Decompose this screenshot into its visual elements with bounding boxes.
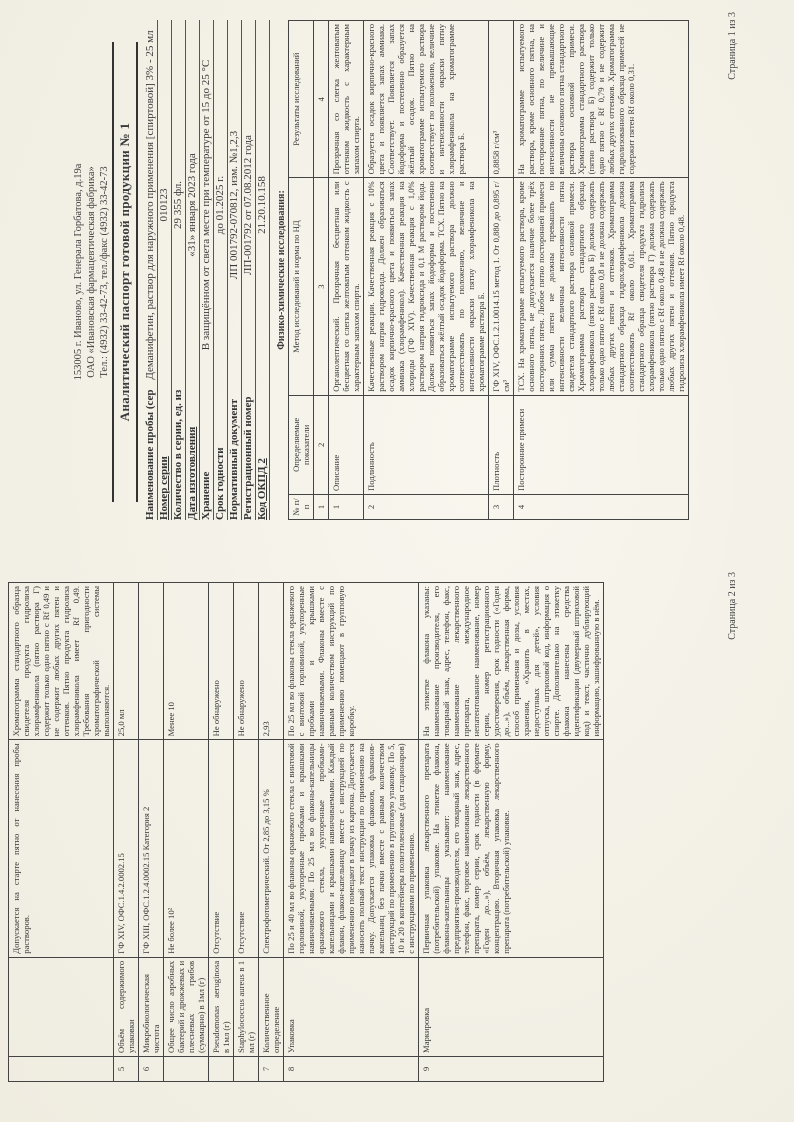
field-row: Регистрационный номерЛП-001792 от 07.08.… bbox=[242, 20, 256, 520]
field-value: ЛП 001792-070812, изм. №1,2,3 bbox=[228, 20, 241, 390]
table-header-row: № п/п Определяемые показатели Метод иссл… bbox=[289, 21, 314, 520]
field-label: Срок годности bbox=[214, 390, 227, 520]
row-result: На этикетке флакона указаны: наименовани… bbox=[419, 583, 604, 740]
row-method: Органолептический. Прозрачная бесцветная… bbox=[329, 178, 364, 395]
row-method: Отсутствие bbox=[234, 740, 259, 957]
row-number: 1 bbox=[329, 494, 364, 519]
row-number: 5 bbox=[114, 1056, 139, 1081]
field-value: 29 355 фл. bbox=[172, 20, 185, 390]
field-row: Наименование пробы (серии)Деманифетин, р… bbox=[144, 20, 158, 520]
column-header: Результаты исследований bbox=[289, 21, 314, 178]
row-indicator: Объём содержимого упаковки bbox=[114, 957, 139, 1056]
row-indicator: Плотность bbox=[489, 395, 514, 494]
row-number: 7 bbox=[259, 1056, 284, 1081]
table-row: 9 Маркировка Первичная упаковка лекарств… bbox=[419, 583, 604, 1082]
row-result: По 25 мл во флаконы стекла оранжевого с … bbox=[284, 583, 419, 740]
field-row: Количество в серии, ед. изм.29 355 фл. bbox=[172, 20, 186, 520]
row-method: Не более 10² bbox=[164, 740, 209, 957]
row-number bbox=[9, 1056, 114, 1081]
field-value: ЛП-001792 от 07.08.2012 года bbox=[242, 20, 255, 390]
row-result: Менее 10 bbox=[164, 583, 209, 740]
column-header: Определяемые показатели bbox=[289, 395, 314, 494]
row-number bbox=[164, 1056, 209, 1081]
page-1: 153005 г. Иваново, ул. Генерала Горбатов… bbox=[0, 2, 794, 542]
row-indicator: Общее число аэробных бактерий и дрожжевы… bbox=[164, 957, 209, 1056]
rotated-spread: 153005 г. Иваново, ул. Генерала Горбатов… bbox=[0, 0, 794, 1122]
table-row: 5 Объём содержимого упаковки ГФ XIV, ОФС… bbox=[114, 583, 139, 1082]
table-row: 1 Описание Органолептический. Прозрачная… bbox=[329, 21, 364, 520]
table-index-row: 1 2 3 4 bbox=[314, 21, 329, 520]
row-indicator: Упаковка bbox=[284, 957, 419, 1056]
field-row: Нормативный документЛП 001792-070812, из… bbox=[228, 20, 242, 520]
table-row: 7 Количественное определение Спектрофото… bbox=[259, 583, 284, 1082]
row-result: 2,93 bbox=[259, 583, 284, 740]
company-name: ОАО «Ивановская фармацевтическая фабрика… bbox=[85, 2, 98, 542]
table-row: 8 Упаковка По 25 и 40 мл во флаконы оран… bbox=[284, 583, 419, 1082]
table-row: Допускается на старте пятно от нанесения… bbox=[9, 583, 114, 1082]
row-result: Прозрачная со слегка желтоватым оттенком… bbox=[329, 21, 364, 178]
row-number: 9 bbox=[419, 1056, 604, 1081]
table-row: Staphylococcus aureus в 1 мл (г) Отсутст… bbox=[234, 583, 259, 1082]
company-address: 153005 г. Иваново, ул. Генерала Горбатов… bbox=[72, 2, 111, 542]
row-method: По 25 и 40 мл во флаконы оранжевого стек… bbox=[284, 740, 419, 957]
row-result: 25,0 мл bbox=[114, 583, 139, 740]
row-number bbox=[234, 1056, 259, 1081]
row-method: ГФ XIII, ОФС.1.2.4.0002.15 Категория 2 bbox=[139, 740, 164, 957]
column-header: № п/п bbox=[289, 494, 314, 519]
field-row: Срок годностидо 01.2025 г. bbox=[214, 20, 228, 520]
page-number: Страница 2 из 3 bbox=[727, 572, 738, 640]
field-label: Регистрационный номер bbox=[242, 390, 255, 520]
results-table-continued: Допускается на старте пятно от нанесения… bbox=[8, 582, 604, 1082]
scanned-document: 153005 г. Иваново, ул. Генерала Горбатов… bbox=[0, 0, 794, 1122]
field-label: Хранение bbox=[200, 390, 213, 520]
field-value: 21.20.10.158 bbox=[256, 20, 269, 390]
address-line: 153005 г. Иваново, ул. Генерала Горбатов… bbox=[72, 2, 85, 542]
row-indicator: Маркировка bbox=[419, 957, 604, 1056]
row-method: ГФ XIV, ОФС.1.2.1.0014.15 метод 1. От 0,… bbox=[489, 178, 514, 395]
field-label: Количество в серии, ед. изм. bbox=[172, 390, 185, 520]
row-method: Спектрофотометрический. От 2,85 до 3,15 … bbox=[259, 740, 284, 957]
row-method: ГФ XIV, ОФС.1.4.2.0002.15 bbox=[114, 740, 139, 957]
field-row: Код ОКПД 221.20.10.158 bbox=[256, 20, 270, 520]
field-label: Номер серии bbox=[158, 390, 171, 520]
row-indicator: Pseudomonas aeruginosa в 1мл (г) bbox=[209, 957, 234, 1056]
section-title: Физико-химические исследования: bbox=[276, 20, 287, 520]
row-indicator: Посторонние примеси bbox=[514, 395, 689, 494]
row-indicator: Staphylococcus aureus в 1 мл (г) bbox=[234, 957, 259, 1056]
row-number: 4 bbox=[514, 494, 689, 519]
row-result: На хроматограмме испытуемого раствора, к… bbox=[514, 21, 689, 178]
row-number: 6 bbox=[139, 1056, 164, 1081]
row-method: Допускается на старте пятно от нанесения… bbox=[9, 740, 114, 957]
field-value: В защищённом от света месте при температ… bbox=[200, 20, 213, 390]
row-result bbox=[139, 583, 164, 740]
field-value: 010123 bbox=[158, 20, 171, 390]
field-label: Наименование пробы (серии) bbox=[144, 390, 157, 520]
column-index: 2 bbox=[314, 395, 329, 494]
column-header: Метод исследований и норма по НД bbox=[289, 178, 314, 395]
row-indicator: Подлинность bbox=[364, 395, 489, 494]
row-method: Первичная упаковка лекарственного препар… bbox=[419, 740, 604, 957]
document-title: Аналитический паспорт готовой продукции … bbox=[112, 42, 138, 502]
row-result: Хроматограмма стандартного образца свиде… bbox=[9, 583, 114, 740]
field-row: Номер серии010123 bbox=[158, 20, 172, 520]
field-row: ХранениеВ защищённом от света месте при … bbox=[200, 20, 214, 520]
field-value: до 01.2025 г. bbox=[214, 20, 227, 390]
table-row: Pseudomonas aeruginosa в 1мл (г) Отсутст… bbox=[209, 583, 234, 1082]
column-index: 1 bbox=[314, 494, 329, 519]
row-result: Не обнаружено bbox=[209, 583, 234, 740]
column-index: 4 bbox=[314, 21, 329, 178]
table-row: 2 Подлинность Качественные реакции. Каче… bbox=[364, 21, 489, 520]
row-number: 2 bbox=[364, 494, 489, 519]
passport-fields: Наименование пробы (серии)Деманифетин, р… bbox=[144, 20, 270, 520]
field-value: «31» января 2023 года bbox=[186, 20, 199, 390]
row-method: ТСХ. На хроматограмме испытуемого раство… bbox=[514, 178, 689, 395]
field-label: Дата изготовления bbox=[186, 390, 199, 520]
results-table: № п/п Определяемые показатели Метод иссл… bbox=[288, 20, 689, 520]
row-indicator: Количественное определение bbox=[259, 957, 284, 1056]
row-indicator: Микробиологическая чистота bbox=[139, 957, 164, 1056]
field-label: Код ОКПД 2 bbox=[256, 390, 269, 520]
page-2: Допускается на старте пятно от нанесения… bbox=[0, 562, 794, 1102]
page-number: Страница 1 из 3 bbox=[727, 12, 738, 80]
field-value: Деманифетин, раствор для наружного приме… bbox=[144, 20, 157, 390]
row-number: 3 bbox=[489, 494, 514, 519]
row-indicator bbox=[9, 957, 114, 1056]
row-indicator: Описание bbox=[329, 395, 364, 494]
phone-line: Тел.: (4932) 33-42-73, тел./факс (4932) … bbox=[98, 2, 111, 542]
row-method: Отсутствие bbox=[209, 740, 234, 957]
table-row: 3 Плотность ГФ XIV, ОФС.1.2.1.0014.15 ме… bbox=[489, 21, 514, 520]
table-row: 6 Микробиологическая чистота ГФ XIII, ОФ… bbox=[139, 583, 164, 1082]
row-result: Не обнаружено bbox=[234, 583, 259, 740]
row-method: Качественные реакции. Качественная реакц… bbox=[364, 178, 489, 395]
row-result: Образуется осадок кирпично-красного цвет… bbox=[364, 21, 489, 178]
table-row: 4 Посторонние примеси ТСХ. На хроматогра… bbox=[514, 21, 689, 520]
row-number: 8 bbox=[284, 1056, 419, 1081]
row-number bbox=[209, 1056, 234, 1081]
field-label: Нормативный документ bbox=[228, 390, 241, 520]
column-index: 3 bbox=[314, 178, 329, 395]
table-row: Общее число аэробных бактерий и дрожжевы… bbox=[164, 583, 209, 1082]
field-row: Дата изготовления«31» января 2023 года bbox=[186, 20, 200, 520]
row-result: 0,8858 г/см³ bbox=[489, 21, 514, 178]
